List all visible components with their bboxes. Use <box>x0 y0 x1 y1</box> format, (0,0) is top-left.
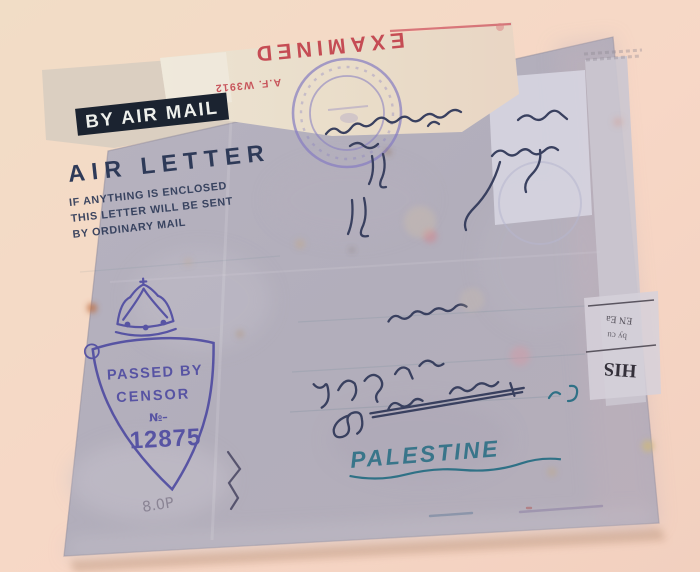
censor-number: 12875 <box>129 424 202 455</box>
showthrough-fragment-1: EN Ea <box>605 313 633 326</box>
air-letter-photo: EXAMINED A.F. W3912 BY AIR MAIL AIR LETT… <box>0 0 700 572</box>
red-smudge <box>496 23 504 31</box>
photo-background: EXAMINED A.F. W3912 BY AIR MAIL AIR LETT… <box>0 0 700 572</box>
showthrough-word: HIS <box>603 358 637 381</box>
censor-stamp-no: №– <box>149 411 168 425</box>
showthrough-fragment-2: by cu <box>606 330 627 342</box>
